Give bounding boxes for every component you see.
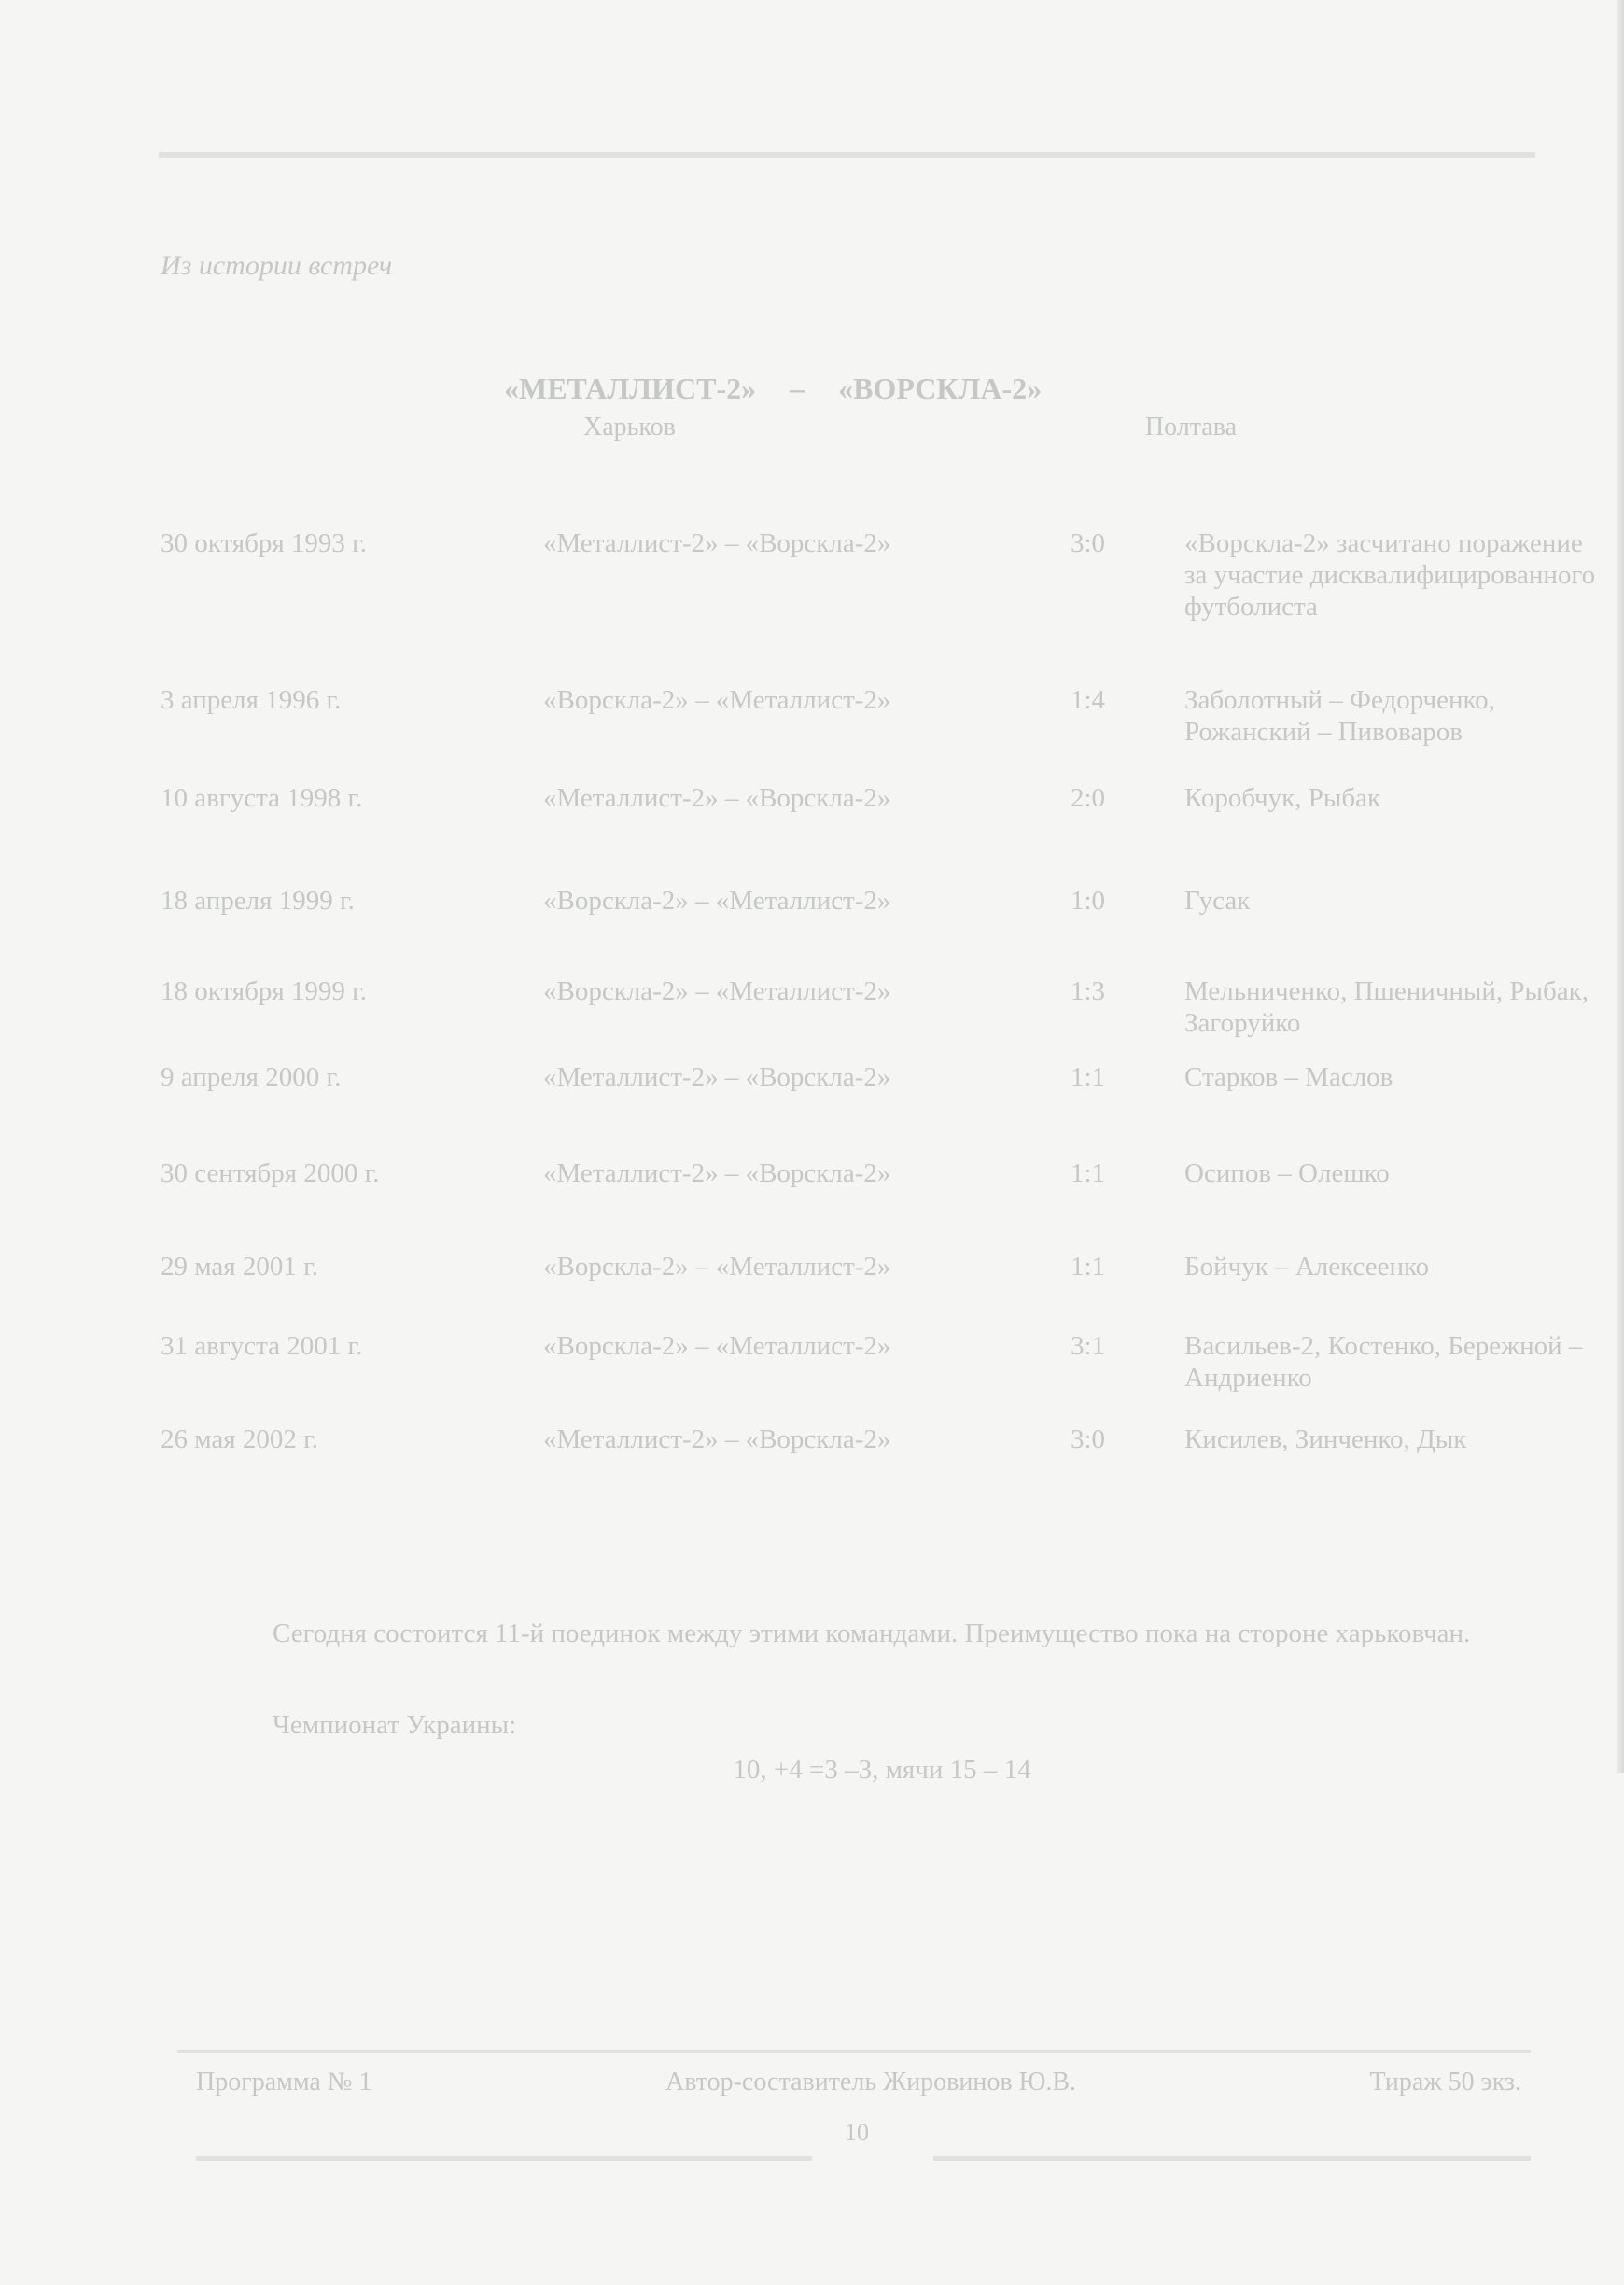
match-score: 1:3	[1071, 975, 1145, 1007]
match-header: «МЕТАЛЛИСТ-2» – «ВОРСКЛА-2»	[504, 371, 1213, 406]
section-title: Из истории встреч	[161, 250, 392, 282]
match-scorers: Коробчук, Рыбак	[1184, 782, 1604, 814]
match-scorers: Гусак	[1184, 885, 1604, 917]
match-scorers: Васильев-2, Костенко, Бережной – Андриен…	[1184, 1330, 1604, 1394]
match-scorers: Заболотный – Федорченко, Рожанский – Пив…	[1184, 684, 1604, 748]
match-score: 1:1	[1071, 1157, 1145, 1189]
footer-rule-right	[933, 2156, 1531, 2161]
match-cities: Харьков Полтава	[583, 413, 1237, 442]
match-date: 3 апреля 1996 г.	[161, 684, 515, 716]
championship-label: Чемпионат Украины:	[273, 1710, 516, 1741]
match-scorers: Старков – Маслов	[1184, 1061, 1604, 1093]
match-date: 30 сентября 2000 г.	[161, 1157, 515, 1189]
match-scorers: «Ворскла-2» засчитано поражение за участ…	[1184, 527, 1604, 623]
team-separator: –	[790, 371, 805, 406]
match-score: 1:0	[1071, 885, 1145, 917]
match-score: 1:1	[1071, 1061, 1145, 1093]
footer-program: Программа № 1	[196, 2068, 372, 2097]
city-home: Харьков	[583, 413, 676, 442]
match-date: 26 мая 2002 г.	[161, 1423, 515, 1455]
match-date: 30 октября 1993 г.	[161, 527, 515, 559]
match-date: 29 мая 2001 г.	[161, 1251, 515, 1283]
match-date: 9 апреля 2000 г.	[161, 1061, 515, 1093]
match-score: 2:0	[1071, 782, 1145, 814]
footer-print-run: Тираж 50 экз.	[1370, 2068, 1521, 2097]
match-score: 1:4	[1071, 684, 1145, 716]
footer-rule-top	[177, 2050, 1531, 2053]
top-rule	[159, 152, 1535, 158]
team-home: «МЕТАЛЛИСТ-2»	[504, 371, 756, 406]
match-scorers: Бойчук – Алексеенко	[1184, 1251, 1604, 1283]
match-date: 18 апреля 1999 г.	[161, 885, 515, 917]
match-scorers: Кисилев, Зинченко, Дык	[1184, 1423, 1604, 1455]
footer-author: Автор-составитель Жировинов Ю.В.	[665, 2068, 1076, 2097]
footer-rule-left	[196, 2156, 812, 2161]
footer: Программа № 1 Автор-составитель Жировино…	[196, 2068, 1521, 2097]
match-scorers: Мельниченко, Пшеничный, Рыбак, Загоруйко	[1184, 975, 1604, 1039]
championship-stats: 10, +4 =3 –3, мячи 15 – 14	[0, 1755, 1624, 1786]
match-score: 3:0	[1071, 1423, 1145, 1455]
match-scorers: Осипов – Олешко	[1184, 1157, 1604, 1189]
page-edge	[1617, 0, 1624, 1773]
page-number: 10	[845, 2119, 869, 2147]
match-date: 18 октября 1999 г.	[161, 975, 515, 1007]
match-score: 1:1	[1071, 1251, 1145, 1283]
match-score: 3:0	[1071, 527, 1145, 559]
city-away: Полтава	[1145, 413, 1237, 442]
team-away: «ВОРСКЛА-2»	[838, 371, 1042, 406]
match-date: 31 августа 2001 г.	[161, 1330, 515, 1362]
match-date: 10 августа 1998 г.	[161, 782, 515, 814]
summary-paragraph: Сегодня состоится 11-й поединок между эт…	[161, 1617, 1561, 1650]
match-score: 3:1	[1071, 1330, 1145, 1362]
